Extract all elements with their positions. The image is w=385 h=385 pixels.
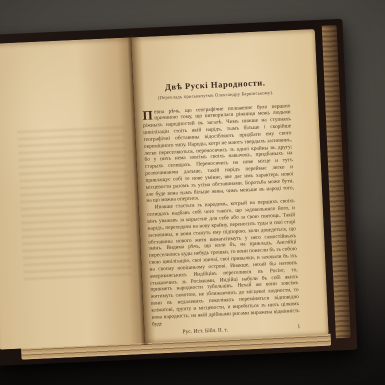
photo-background: Двѣ Рускі Народности. (Перекладъ присьвя… [0, 0, 385, 385]
left-page [0, 37, 145, 349]
paragraph-1-text: евна рѣчь, що географічне положеннє було… [143, 103, 294, 205]
drop-cap-initial: П [142, 109, 154, 121]
page-text-block: Двѣ Рускі Народности. (Перекладъ присьвя… [141, 76, 300, 336]
open-book: Двѣ Рускі Народности. (Перекладъ присьвя… [0, 22, 349, 360]
paragraph-1: Певна рѣчь, що географічне положеннє бул… [142, 103, 294, 205]
series-abbreviation: Рус. Ист. Бібл. II. т. [152, 327, 228, 336]
signature-number: 1 [297, 324, 300, 330]
paragraph-2: Инакше стається зъ народомъ, котрый на п… [147, 198, 300, 328]
right-page: Двѣ Рускі Народности. (Перекладъ присьвя… [131, 29, 329, 343]
show-through-text [17, 126, 132, 281]
